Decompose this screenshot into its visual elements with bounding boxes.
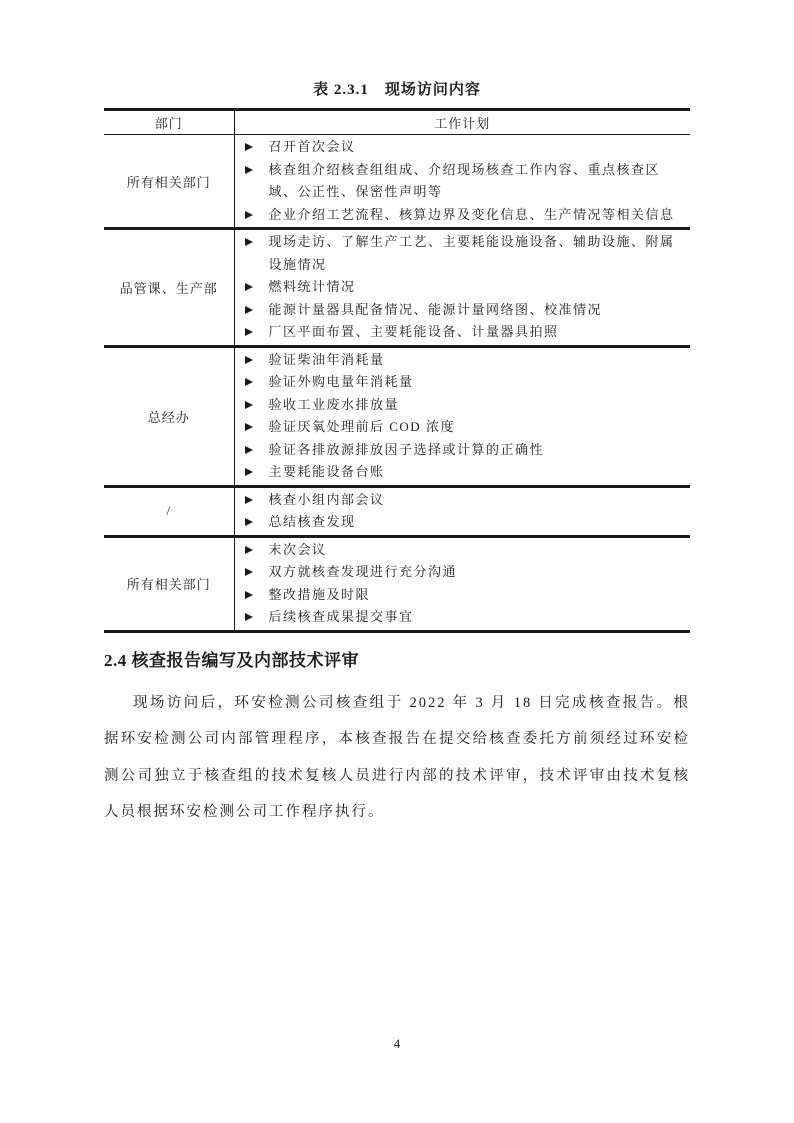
arrow-bullet-icon: [235, 539, 269, 562]
arrow-bullet-icon: [235, 349, 269, 372]
work-plan-item: 验证厌氧处理前后 COD 浓度: [235, 416, 689, 439]
arrow-bullet-icon: [235, 159, 269, 182]
work-plan-text: 末次会议: [269, 539, 689, 562]
arrow-bullet-icon: [235, 394, 269, 417]
work-plan-item: 验收工业废水排放量: [235, 394, 689, 417]
work-plan-item: 整改措施及时限: [235, 584, 689, 607]
work-plan-item: 验证各排放源排放因子选择或计算的正确性: [235, 439, 689, 462]
work-plan-text: 燃料统计情况: [269, 276, 689, 299]
table-row: / 核查小组内部会议 总结核查发现: [104, 486, 690, 536]
department-cell: 所有相关部门: [104, 536, 234, 631]
work-plan-item: 厂区平面布置、主要耗能设备、计量器具拍照: [235, 321, 689, 344]
work-plan-item: 总结核查发现: [235, 511, 689, 534]
work-plan-item: 验证柴油年消耗量: [235, 349, 689, 372]
work-plan-text: 验证各排放源排放因子选择或计算的正确性: [269, 439, 689, 462]
work-plan-text: 后续核查成果提交事宜: [269, 606, 689, 629]
work-plan-item: 现场走访、了解生产工艺、主要耗能设施设备、辅助设施、附属设施情况: [235, 231, 689, 276]
page-number: 4: [104, 1036, 690, 1052]
arrow-bullet-icon: [235, 489, 269, 512]
arrow-bullet-icon: [235, 511, 269, 534]
arrow-bullet-icon: [235, 231, 269, 254]
work-plan-text: 能源计量器具配备情况、能源计量网络图、校准情况: [269, 299, 689, 322]
work-plan-cell: 末次会议 双方就核查发现进行充分沟通 整改措施及时限 后续核查成果提交事宜: [234, 536, 690, 631]
work-plan-text: 核查组介绍核查组组成、介绍现场核查工作内容、重点核查区域、公正性、保密性声明等: [269, 159, 689, 204]
work-plan-item: 燃料统计情况: [235, 276, 689, 299]
work-plan-text: 验证柴油年消耗量: [269, 349, 689, 372]
arrow-bullet-icon: [235, 439, 269, 462]
arrow-bullet-icon: [235, 321, 269, 344]
work-plan-text: 双方就核查发现进行充分沟通: [269, 561, 689, 584]
table-caption: 表 2.3.1 现场访问内容: [104, 80, 690, 100]
work-plan-item: 后续核查成果提交事宜: [235, 606, 689, 629]
arrow-bullet-icon: [235, 416, 269, 439]
department-cell: /: [104, 486, 234, 536]
work-plan-text: 企业介绍工艺流程、核算边界及变化信息、生产情况等相关信息: [269, 204, 689, 227]
work-plan-item: 召开首次会议: [235, 136, 689, 159]
work-plan-text: 主要耗能设备台账: [269, 461, 689, 484]
table-header-row: 部门 工作计划: [104, 110, 690, 135]
arrow-bullet-icon: [235, 276, 269, 299]
work-plan-text: 核查小组内部会议: [269, 489, 689, 512]
work-plan-item: 企业介绍工艺流程、核算边界及变化信息、生产情况等相关信息: [235, 204, 689, 227]
department-cell: 所有相关部门: [104, 135, 234, 229]
table-row: 所有相关部门 召开首次会议 核查组介绍核查组组成、介绍现场核查工作内容、重点核查…: [104, 135, 690, 229]
department-cell: 总经办: [104, 346, 234, 486]
work-plan-item: 双方就核查发现进行充分沟通: [235, 561, 689, 584]
work-plan-item: 核查小组内部会议: [235, 489, 689, 512]
arrow-bullet-icon: [235, 299, 269, 322]
work-plan-text: 验证厌氧处理前后 COD 浓度: [269, 416, 689, 439]
work-plan-text: 验收工业废水排放量: [269, 394, 689, 417]
work-plan-text: 验证外购电量年消耗量: [269, 371, 689, 394]
column-header-plan: 工作计划: [234, 110, 690, 135]
arrow-bullet-icon: [235, 461, 269, 484]
arrow-bullet-icon: [235, 584, 269, 607]
table-row: 所有相关部门 末次会议 双方就核查发现进行充分沟通 整改措施及时限 后续核查成果…: [104, 536, 690, 631]
site-visit-table: 部门 工作计划 所有相关部门 召开首次会议 核查组介绍核查组组成、介绍现场核查工…: [104, 108, 690, 633]
work-plan-text: 总结核查发现: [269, 511, 689, 534]
work-plan-item: 核查组介绍核查组组成、介绍现场核查工作内容、重点核查区域、公正性、保密性声明等: [235, 159, 689, 204]
arrow-bullet-icon: [235, 136, 269, 159]
work-plan-cell: 召开首次会议 核查组介绍核查组组成、介绍现场核查工作内容、重点核查区域、公正性、…: [234, 135, 690, 229]
work-plan-cell: 核查小组内部会议 总结核查发现: [234, 486, 690, 536]
document-page: 表 2.3.1 现场访问内容 部门 工作计划 所有相关部门 召开首次会议 核查组…: [0, 0, 794, 1123]
body-paragraph: 现场访问后，环安检测公司核查组于 2022 年 3 月 18 日完成核查报告。根…: [104, 685, 690, 831]
section-heading: 2.4 核查报告编写及内部技术评审: [104, 649, 690, 673]
work-plan-item: 能源计量器具配备情况、能源计量网络图、校准情况: [235, 299, 689, 322]
arrow-bullet-icon: [235, 371, 269, 394]
work-plan-cell: 验证柴油年消耗量 验证外购电量年消耗量 验收工业废水排放量 验证厌氧处理前后 C…: [234, 346, 690, 486]
work-plan-item: 末次会议: [235, 539, 689, 562]
work-plan-text: 厂区平面布置、主要耗能设备、计量器具拍照: [269, 321, 689, 344]
arrow-bullet-icon: [235, 606, 269, 629]
page-content: 表 2.3.1 现场访问内容 部门 工作计划 所有相关部门 召开首次会议 核查组…: [104, 0, 690, 845]
arrow-bullet-icon: [235, 561, 269, 584]
work-plan-cell: 现场走访、了解生产工艺、主要耗能设施设备、辅助设施、附属设施情况 燃料统计情况 …: [234, 229, 690, 347]
work-plan-item: 验证外购电量年消耗量: [235, 371, 689, 394]
arrow-bullet-icon: [235, 204, 269, 227]
department-cell: 品管课、生产部: [104, 229, 234, 347]
table-row: 品管课、生产部 现场走访、了解生产工艺、主要耗能设施设备、辅助设施、附属设施情况…: [104, 229, 690, 347]
table-row: 总经办 验证柴油年消耗量 验证外购电量年消耗量 验收工业废水排放量 验证厌氧处理…: [104, 346, 690, 486]
work-plan-text: 整改措施及时限: [269, 584, 689, 607]
column-header-department: 部门: [104, 110, 234, 135]
work-plan-text: 现场走访、了解生产工艺、主要耗能设施设备、辅助设施、附属设施情况: [269, 231, 689, 276]
work-plan-text: 召开首次会议: [269, 136, 689, 159]
work-plan-item: 主要耗能设备台账: [235, 461, 689, 484]
